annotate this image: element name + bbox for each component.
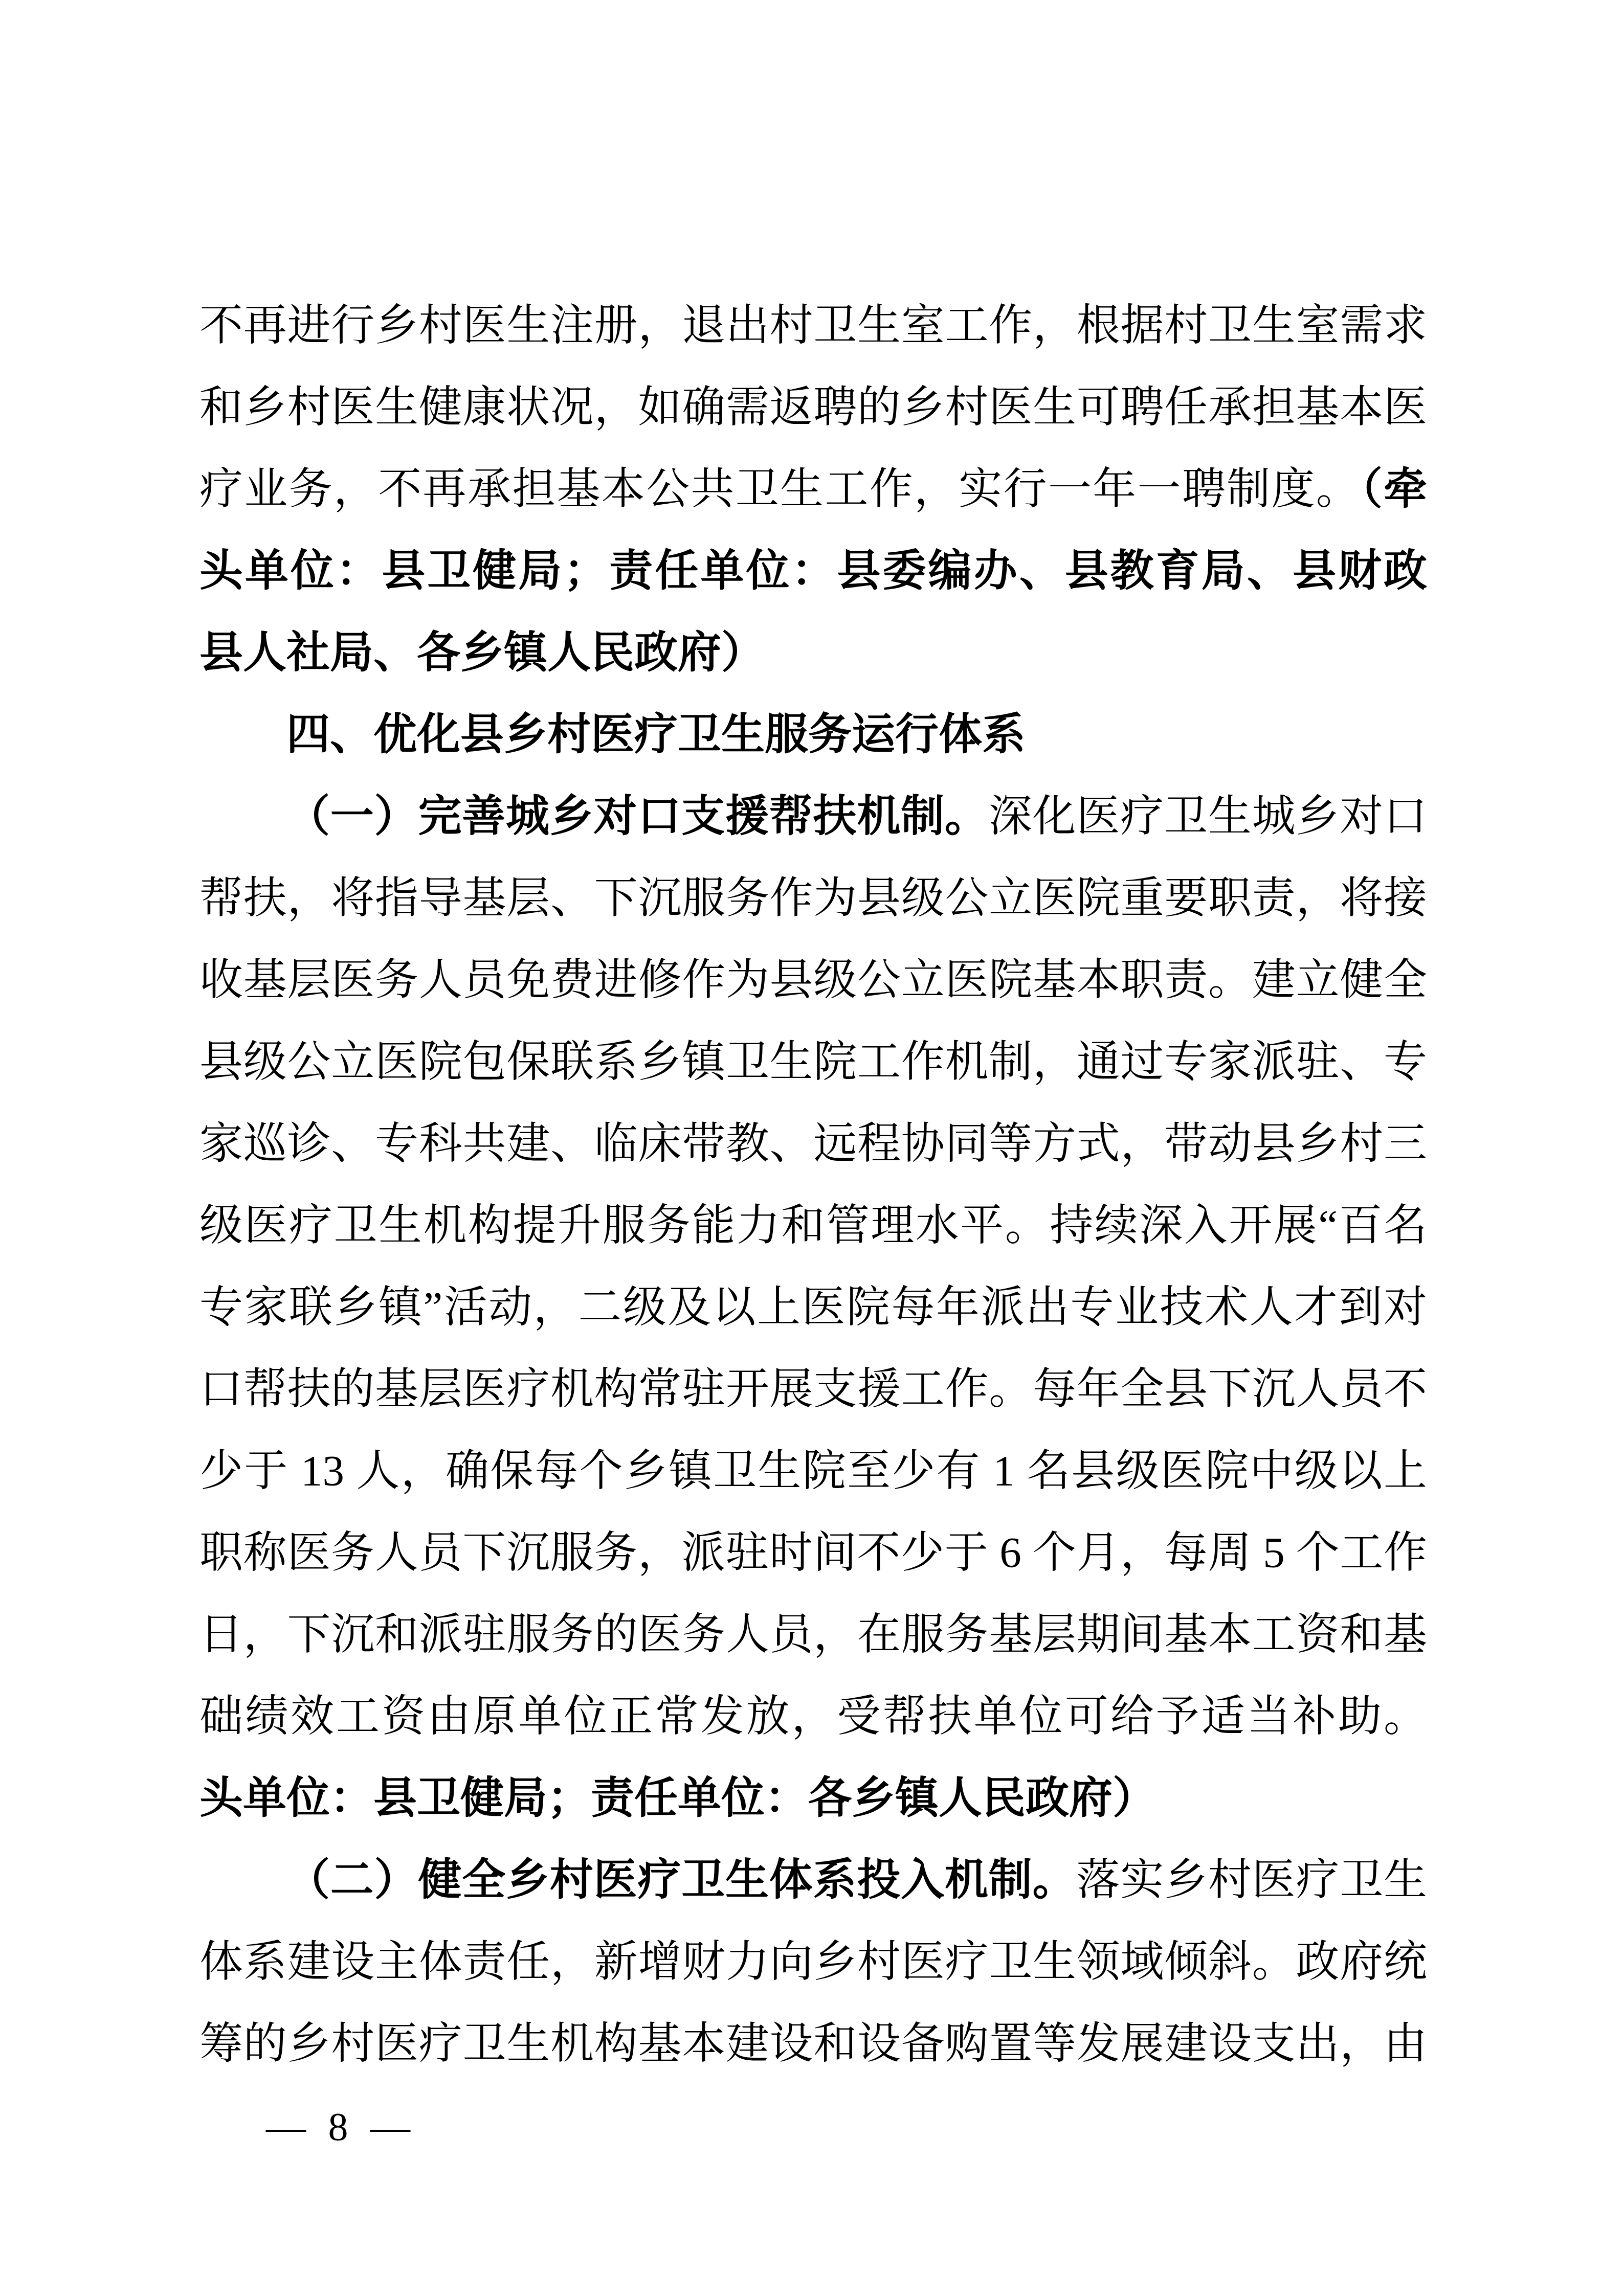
lead-unit-line-3: 头单位：县卫健局；责任单位：各乡镇人民政府）: [199, 1758, 1427, 1839]
lead-unit-line-2: 县人社局、各乡镇人民政府）: [199, 612, 1427, 694]
page-number: — 8 —: [266, 2100, 416, 2153]
body-line-11: 家巡诊、专科共建、临床带教、远程协同等方式，带动县乡村三: [199, 1103, 1427, 1185]
body-text: 疗业务，不再承担基本公共卫生工作，实行一年一聘制度。: [199, 465, 1361, 513]
body-line-8: 帮扶，将指导基层、下沉服务作为县级公立医院重要职责，将接: [199, 858, 1427, 939]
body-line-15: 少于 13 人，确保每个乡镇卫生院至少有 1 名县级医院中级以上: [199, 1430, 1427, 1512]
lead-unit-line-1: 头单位：县卫健局；责任单位：县委编办、县教育局、县财政局、: [199, 530, 1427, 612]
body-line-3: 疗业务，不再承担基本公共卫生工作，实行一年一聘制度。（牵: [199, 448, 1427, 530]
body-line-20: （二）健全乡村医疗卫生体系投入机制。落实乡村医疗卫生: [199, 1839, 1427, 1921]
body-line-18: 础绩效工资由原单位正常发放，受帮扶单位可给予适当补助。(牵: [199, 1676, 1427, 1758]
body-text: 落实乡村医疗卫生: [1076, 1856, 1427, 1904]
body-line-10: 县级公立医院包保联系乡镇卫生院工作机制，通过专家派驻、专: [199, 1021, 1427, 1103]
body-line-16: 职称医务人员下沉服务，派驻时间不少于 6 个月，每周 5 个工作: [199, 1512, 1427, 1594]
body-text: 础绩效工资由原单位正常发放，受帮扶单位可给予适当补助。: [199, 1693, 1427, 1741]
body-text: 深化医疗卫生城乡对口: [989, 793, 1427, 841]
body-line-13: 专家联乡镇”活动，二级及以上医院每年派出专业技术人才到对: [199, 1267, 1427, 1348]
body-line-1: 不再进行乡村医生注册，退出村卫生室工作，根据村卫生室需求: [199, 285, 1427, 367]
body-line-2: 和乡村医生健康状况，如确需返聘的乡村医生可聘任承担基本医: [199, 367, 1427, 448]
paragraph-lead-1: （一）完善城乡对口支援帮扶机制。: [286, 793, 989, 841]
paragraph-lead-2: （二）健全乡村医疗卫生体系投入机制。: [286, 1856, 1076, 1904]
document-text-block: 不再进行乡村医生注册，退出村卫生室工作，根据村卫生室需求 和乡村医生健康状况，如…: [199, 285, 1427, 2085]
body-line-12: 级医疗卫生机构提升服务能力和管理水平。持续深入开展“百名: [199, 1185, 1427, 1267]
body-line-9: 收基层医务人员免费进修作为县级公立医院基本职责。建立健全: [199, 939, 1427, 1021]
body-line-14: 口帮扶的基层医疗机构常驻开展支援工作。每年全县下沉人员不: [199, 1348, 1427, 1430]
body-line-17: 日，下沉和派驻服务的医务人员，在服务基层期间基本工资和基: [199, 1594, 1427, 1676]
body-line-7: （一）完善城乡对口支援帮扶机制。深化医疗卫生城乡对口: [199, 776, 1427, 858]
body-line-22: 筹的乡村医疗卫生机构基本建设和设备购置等发展建设支出，由: [199, 2003, 1427, 2085]
lead-unit-open: （牵: [1361, 465, 1427, 513]
document-page: { "document": { "background": "#ffffff",…: [0, 0, 1624, 2296]
section-heading-4: 四、优化县乡村医疗卫生服务运行体系: [199, 694, 1427, 776]
body-line-21: 体系建设主体责任，新增财力向乡村医疗卫生领域倾斜。政府统: [199, 1921, 1427, 2003]
